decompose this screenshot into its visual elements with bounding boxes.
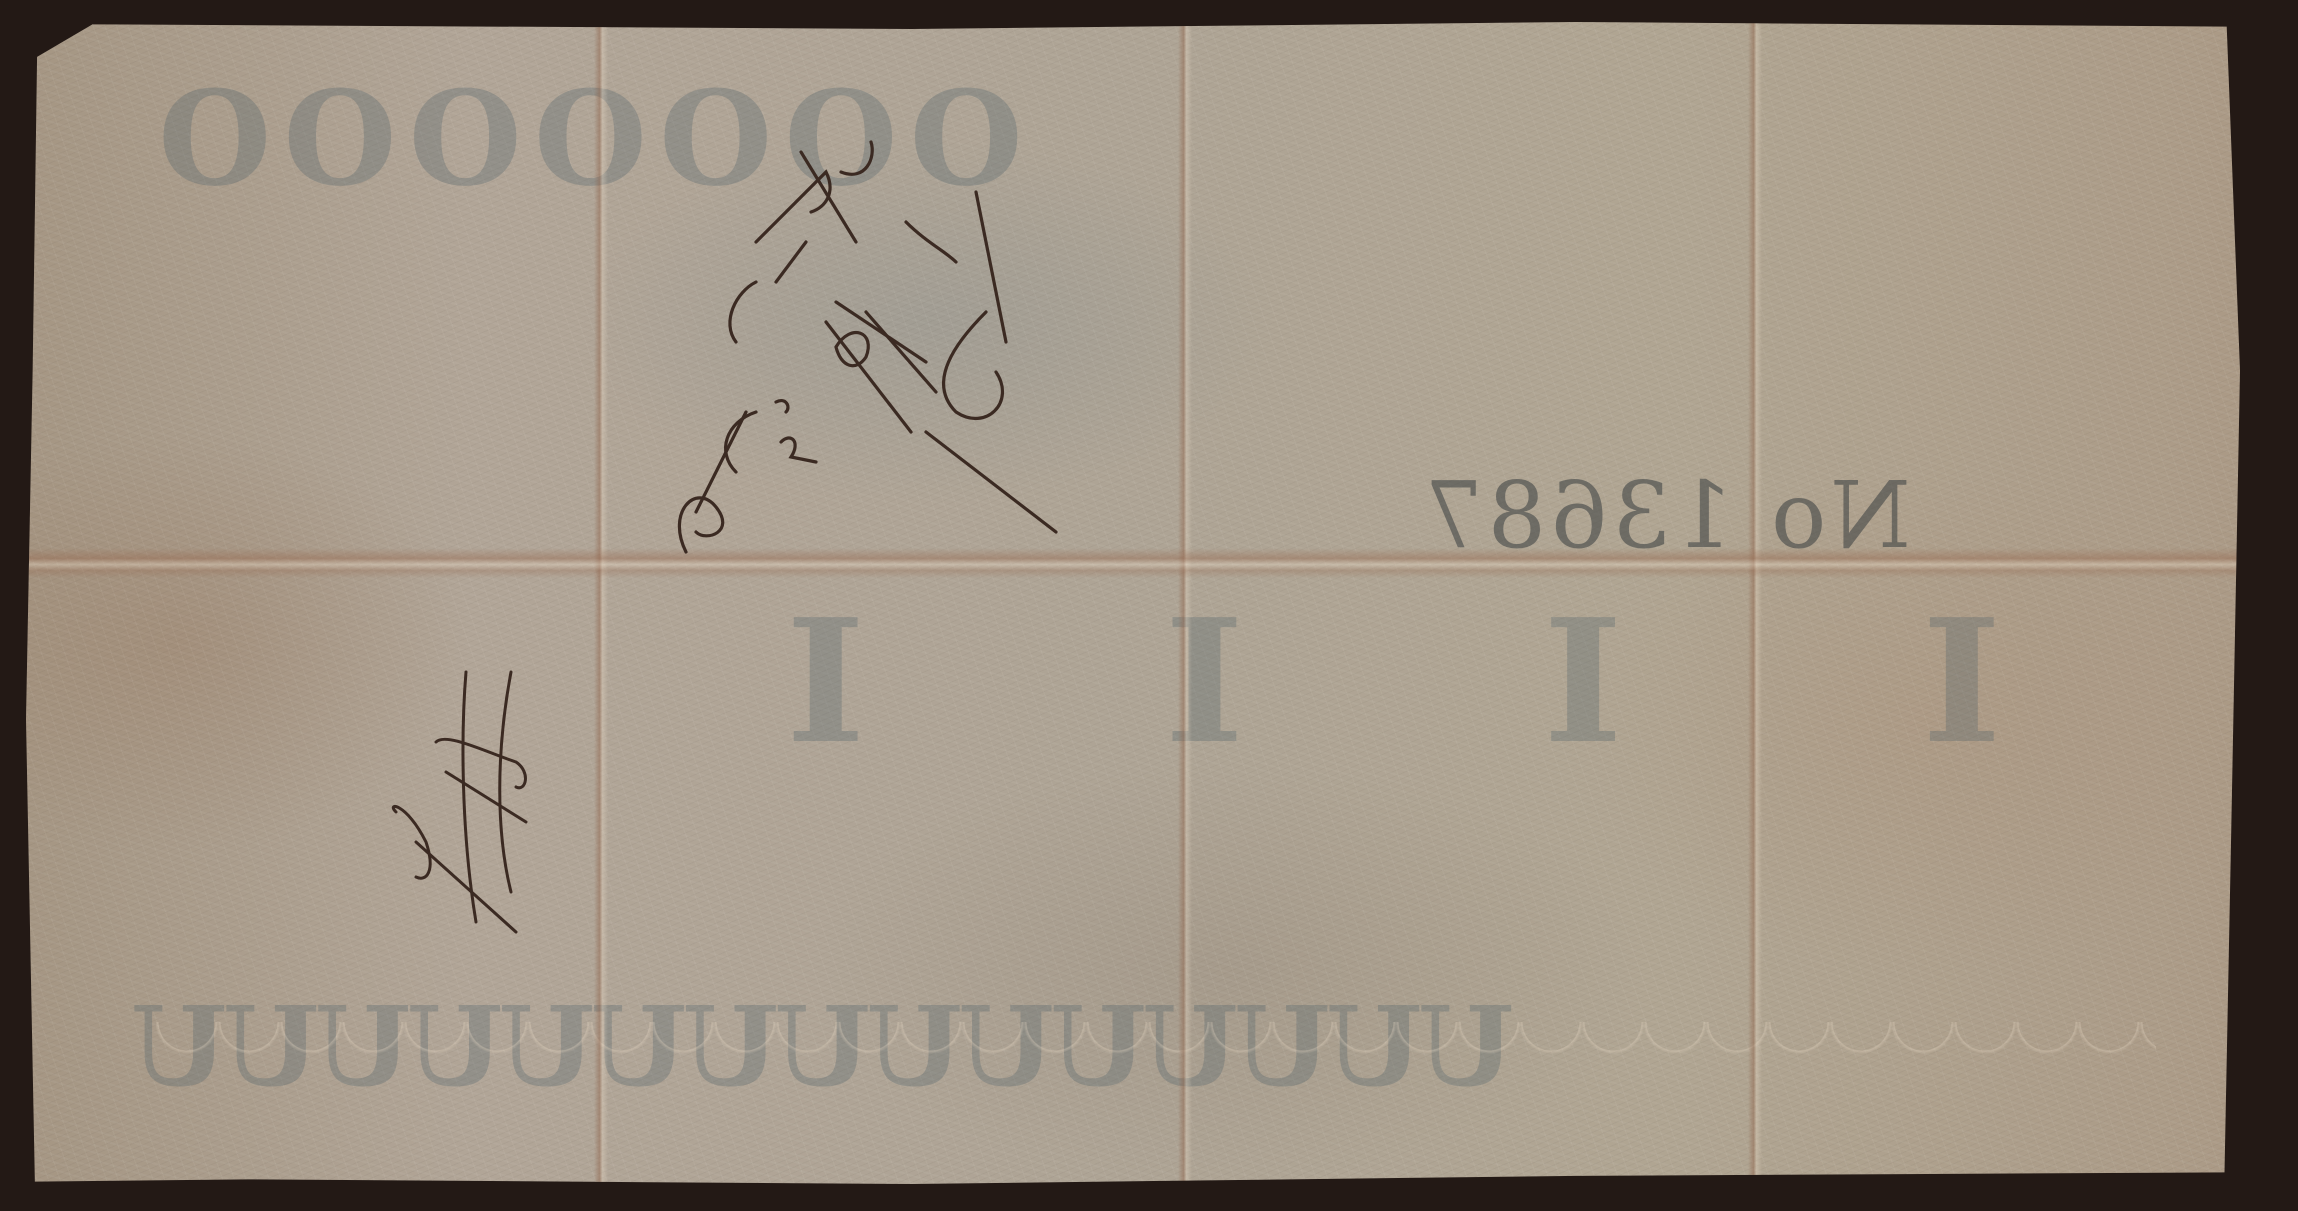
banknote-reverse: OOOOOOO I I I I UUUUUUUUUUUUUUU No 13687 (26, 22, 2240, 1184)
handwriting-strokes (626, 112, 1046, 572)
initials-strokes (366, 652, 546, 932)
handwritten-inscription (626, 112, 1046, 576)
fold-line-vertical (1178, 22, 1192, 1184)
scalloped-border-pattern (156, 1022, 2156, 1092)
handwritten-initials (366, 652, 546, 936)
show-through-middle-row: I I I I (666, 582, 2002, 782)
fold-line-vertical (594, 22, 608, 1184)
serial-number: No 13687 (1421, 462, 1911, 569)
fold-line-vertical (1748, 22, 1762, 1184)
